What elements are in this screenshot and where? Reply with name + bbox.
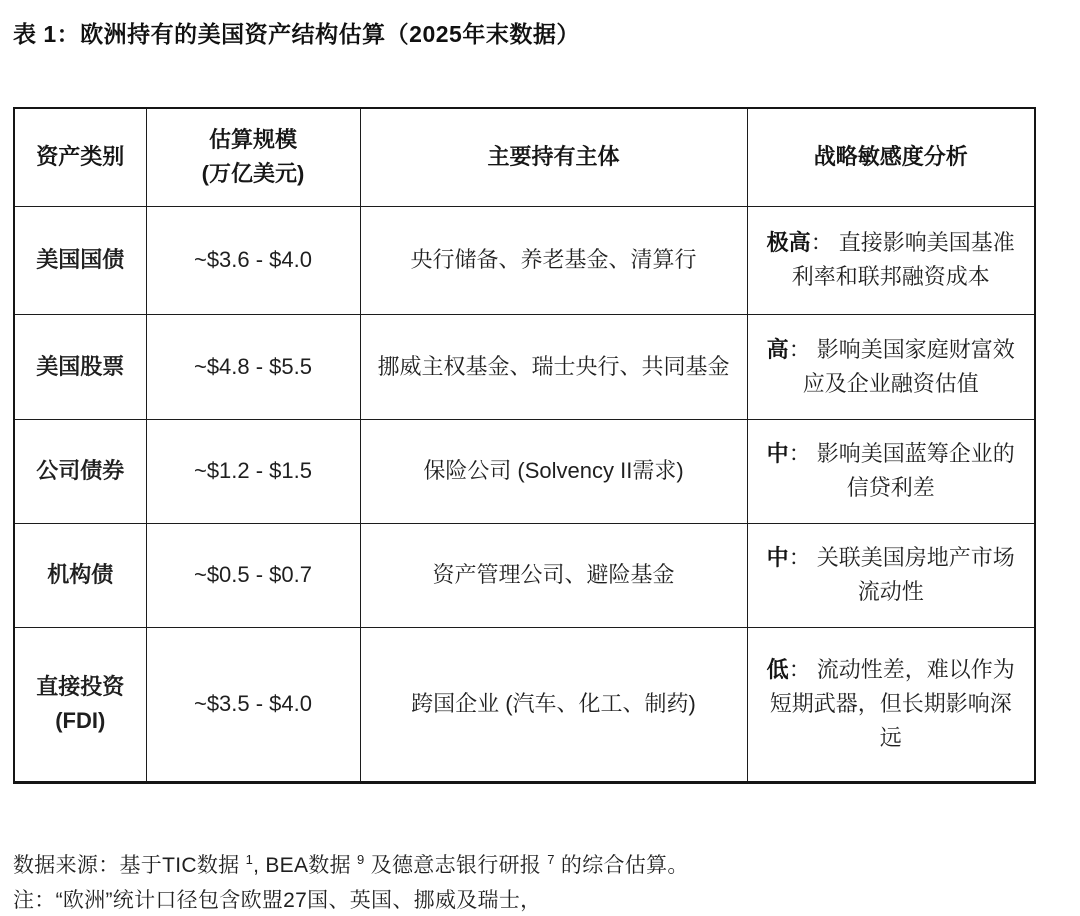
column-header-scale-line2: (万亿美元) bbox=[161, 157, 346, 191]
table-row-equities: 美国股票 ~$4.8 - $5.5 挪威主权基金、瑞士央行、共同基金 高： 影响… bbox=[14, 314, 1035, 419]
holders-cell: 跨国企业 (汽车、化工、制药) bbox=[360, 627, 747, 782]
asset-label: 机构债 bbox=[29, 558, 132, 592]
asset-sublabel: (FDI) bbox=[29, 704, 132, 738]
holders-cell: 挪威主权基金、瑞士央行、共同基金 bbox=[360, 314, 747, 419]
sensitivity-cell: 中： 关联美国房地产市场流动性 bbox=[747, 523, 1035, 627]
sensitivity-cell: 高： 影响美国家庭财富效应及企业融资估值 bbox=[747, 314, 1035, 419]
asset-cell: 直接投资 (FDI) bbox=[14, 627, 146, 782]
asset-label: 直接投资 bbox=[29, 670, 132, 704]
table-row-corporate-bonds: 公司债券 ~$1.2 - $1.5 保险公司 (Solvency II需求) 中… bbox=[14, 419, 1035, 523]
sensitivity-cell: 低： 流动性差，难以作为短期武器，但长期影响深远 bbox=[747, 627, 1035, 782]
sensitivity-desc: ： 关联美国房地产市场流动性 bbox=[789, 545, 1015, 604]
source-text: 的综合估算。 bbox=[555, 854, 689, 877]
sensitivity-cell: 极高： 直接影响美国基准利率和联邦融资成本 bbox=[747, 206, 1035, 314]
footer-notes: 数据来源：基于TIC数据 1, BEA数据 9 及德意志银行研报 7 的综合估算… bbox=[13, 848, 689, 916]
column-header-sensitivity: 战略敏感度分析 bbox=[747, 108, 1035, 206]
table-row-treasuries: 美国国债 ~$3.6 - $4.0 央行储备、养老基金、清算行 极高： 直接影响… bbox=[14, 206, 1035, 314]
scale-cell: ~$4.8 - $5.5 bbox=[146, 314, 360, 419]
holders-cell: 资产管理公司、避险基金 bbox=[360, 523, 747, 627]
column-header-asset: 资产类别 bbox=[14, 108, 146, 206]
sensitivity-desc: ： 影响美国家庭财富效应及企业融资估值 bbox=[789, 337, 1015, 396]
assets-structure-table: 资产类别 估算规模 (万亿美元) 主要持有主体 战略敏感度分析 美国国债 ~$3… bbox=[13, 107, 1036, 784]
source-text: 数据来源：基于TIC数据 bbox=[13, 854, 246, 877]
table-row-agency-debt: 机构债 ~$0.5 - $0.7 资产管理公司、避险基金 中： 关联美国房地产市… bbox=[14, 523, 1035, 627]
asset-label: 美国国债 bbox=[29, 243, 132, 277]
asset-cell: 公司债券 bbox=[14, 419, 146, 523]
scale-cell: ~$3.6 - $4.0 bbox=[146, 206, 360, 314]
table-row-fdi: 直接投资 (FDI) ~$3.5 - $4.0 跨国企业 (汽车、化工、制药) … bbox=[14, 627, 1035, 782]
sensitivity-level: 中 bbox=[767, 545, 789, 570]
footnote-ref-7: 7 bbox=[547, 852, 555, 867]
sensitivity-cell: 中： 影响美国蓝筹企业的信贷利差 bbox=[747, 419, 1035, 523]
holders-cell: 央行储备、养老基金、清算行 bbox=[360, 206, 747, 314]
sensitivity-desc: ： 直接影响美国基准利率和联邦融资成本 bbox=[792, 230, 1015, 289]
table-header-row: 资产类别 估算规模 (万亿美元) 主要持有主体 战略敏感度分析 bbox=[14, 108, 1035, 206]
footnote-ref-9: 9 bbox=[357, 852, 365, 867]
scope-note: 注：“欧洲”统计口径包含欧盟27国、英国、挪威及瑞士， bbox=[13, 883, 689, 916]
asset-cell: 美国股票 bbox=[14, 314, 146, 419]
page-title: 表 1：欧洲持有的美国资产结构估算（2025年末数据） bbox=[13, 16, 580, 49]
footnote-ref-1: 1 bbox=[246, 852, 254, 867]
source-text: 及德意志银行研报 bbox=[365, 854, 548, 877]
asset-label: 公司债券 bbox=[29, 454, 132, 488]
data-source-note: 数据来源：基于TIC数据 1, BEA数据 9 及德意志银行研报 7 的综合估算… bbox=[13, 848, 689, 883]
asset-label: 美国股票 bbox=[29, 350, 132, 384]
source-text: , BEA数据 bbox=[253, 854, 357, 877]
asset-cell: 美国国债 bbox=[14, 206, 146, 314]
sensitivity-level: 极高 bbox=[767, 230, 811, 255]
scale-cell: ~$1.2 - $1.5 bbox=[146, 419, 360, 523]
sensitivity-desc: ： 流动性差，难以作为短期武器，但长期影响深远 bbox=[770, 657, 1015, 750]
sensitivity-level: 低 bbox=[767, 657, 789, 682]
scale-cell: ~$3.5 - $4.0 bbox=[146, 627, 360, 782]
holders-cell: 保险公司 (Solvency II需求) bbox=[360, 419, 747, 523]
sensitivity-level: 高 bbox=[767, 337, 789, 362]
sensitivity-desc: ： 影响美国蓝筹企业的信贷利差 bbox=[789, 441, 1015, 500]
asset-cell: 机构债 bbox=[14, 523, 146, 627]
column-header-scale: 估算规模 (万亿美元) bbox=[146, 108, 360, 206]
column-header-scale-line1: 估算规模 bbox=[161, 123, 346, 157]
sensitivity-level: 中 bbox=[767, 441, 789, 466]
scale-cell: ~$0.5 - $0.7 bbox=[146, 523, 360, 627]
column-header-holders: 主要持有主体 bbox=[360, 108, 747, 206]
